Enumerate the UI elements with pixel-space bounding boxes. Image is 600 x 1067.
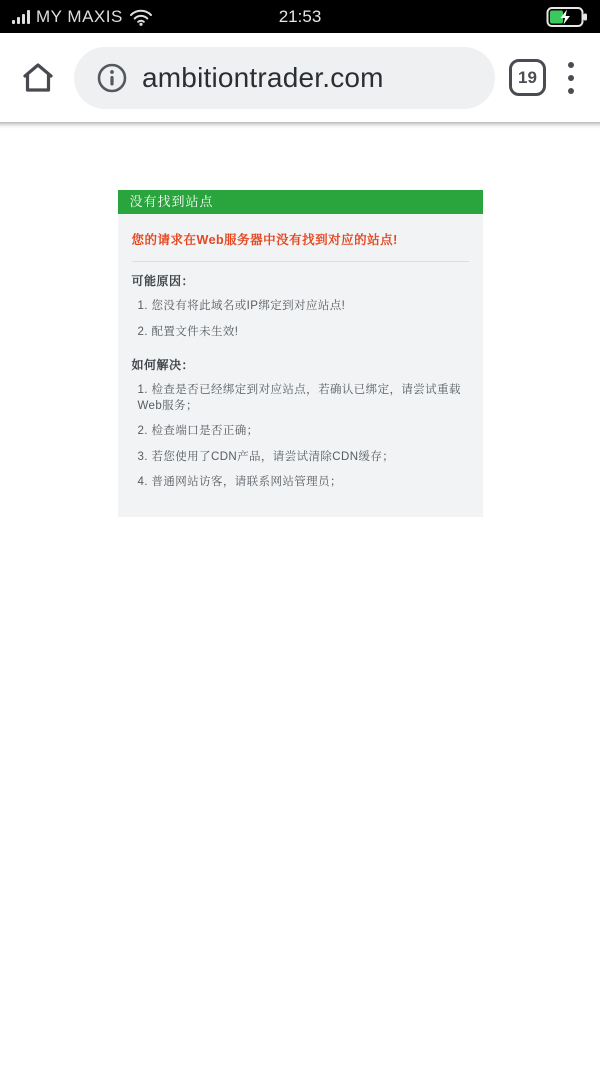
home-button[interactable] [16,56,60,100]
battery-charging-icon [546,6,588,28]
list-item: 4. 普通网站访客，请联系网站管理员； [138,475,471,491]
tab-switcher-button[interactable]: 19 [509,59,546,96]
clock-label: 21:53 [279,7,322,27]
address-bar[interactable]: ambitiontrader.com [74,47,495,109]
error-message: 您的请求在Web服务器中没有找到对应的站点! [132,230,471,248]
url-text[interactable]: ambitiontrader.com [142,62,384,94]
status-bar-left: MY MAXIS [12,7,153,27]
solutions-list: 1. 检查是否已经绑定到对应站点，若确认已绑定，请尝试重载Web服务； 2. 检… [130,383,471,491]
home-icon [17,57,59,99]
causes-block: 可能原因： 1. 您没有将此域名或IP绑定到对应站点! 2. 配置文件未生效! [130,272,471,340]
carrier-label: MY MAXIS [36,7,123,27]
panel-divider [132,261,469,262]
status-bar-right [546,6,588,28]
list-item: 1. 您没有将此域名或IP绑定到对应站点! [138,299,471,315]
solutions-block: 如何解决： 1. 检查是否已经绑定到对应站点，若确认已绑定，请尝试重载Web服务… [130,356,471,491]
list-item: 3. 若您使用了CDN产品，请尝试清除CDN缓存； [138,450,471,466]
list-item: 2. 检查端口是否正确； [138,424,471,440]
toolbar-divider [0,122,600,129]
wifi-icon [129,7,153,27]
error-panel: 没有找到站点 您的请求在Web服务器中没有找到对应的站点! 可能原因： 1. 您… [118,190,483,517]
web-page-content: 没有找到站点 您的请求在Web服务器中没有找到对应的站点! 可能原因： 1. 您… [0,129,600,1067]
tab-count-label: 19 [518,68,537,88]
error-panel-title: 没有找到站点 [118,190,483,214]
overflow-menu-button[interactable] [560,58,582,98]
causes-heading: 可能原因： [132,272,471,289]
cellular-signal-icon [12,9,30,24]
solutions-heading: 如何解决： [132,356,471,373]
list-item: 2. 配置文件未生效! [138,325,471,341]
vertical-dots-menu-icon [568,62,574,94]
error-panel-body: 您的请求在Web服务器中没有找到对应的站点! 可能原因： 1. 您没有将此域名或… [118,214,483,517]
browser-toolbar: ambitiontrader.com 19 [0,33,600,122]
list-item: 1. 检查是否已经绑定到对应站点，若确认已绑定，请尝试重载Web服务； [138,383,471,414]
page-info-icon[interactable] [96,62,128,94]
causes-list: 1. 您没有将此域名或IP绑定到对应站点! 2. 配置文件未生效! [130,299,471,340]
status-bar: MY MAXIS 21:53 [0,0,600,33]
